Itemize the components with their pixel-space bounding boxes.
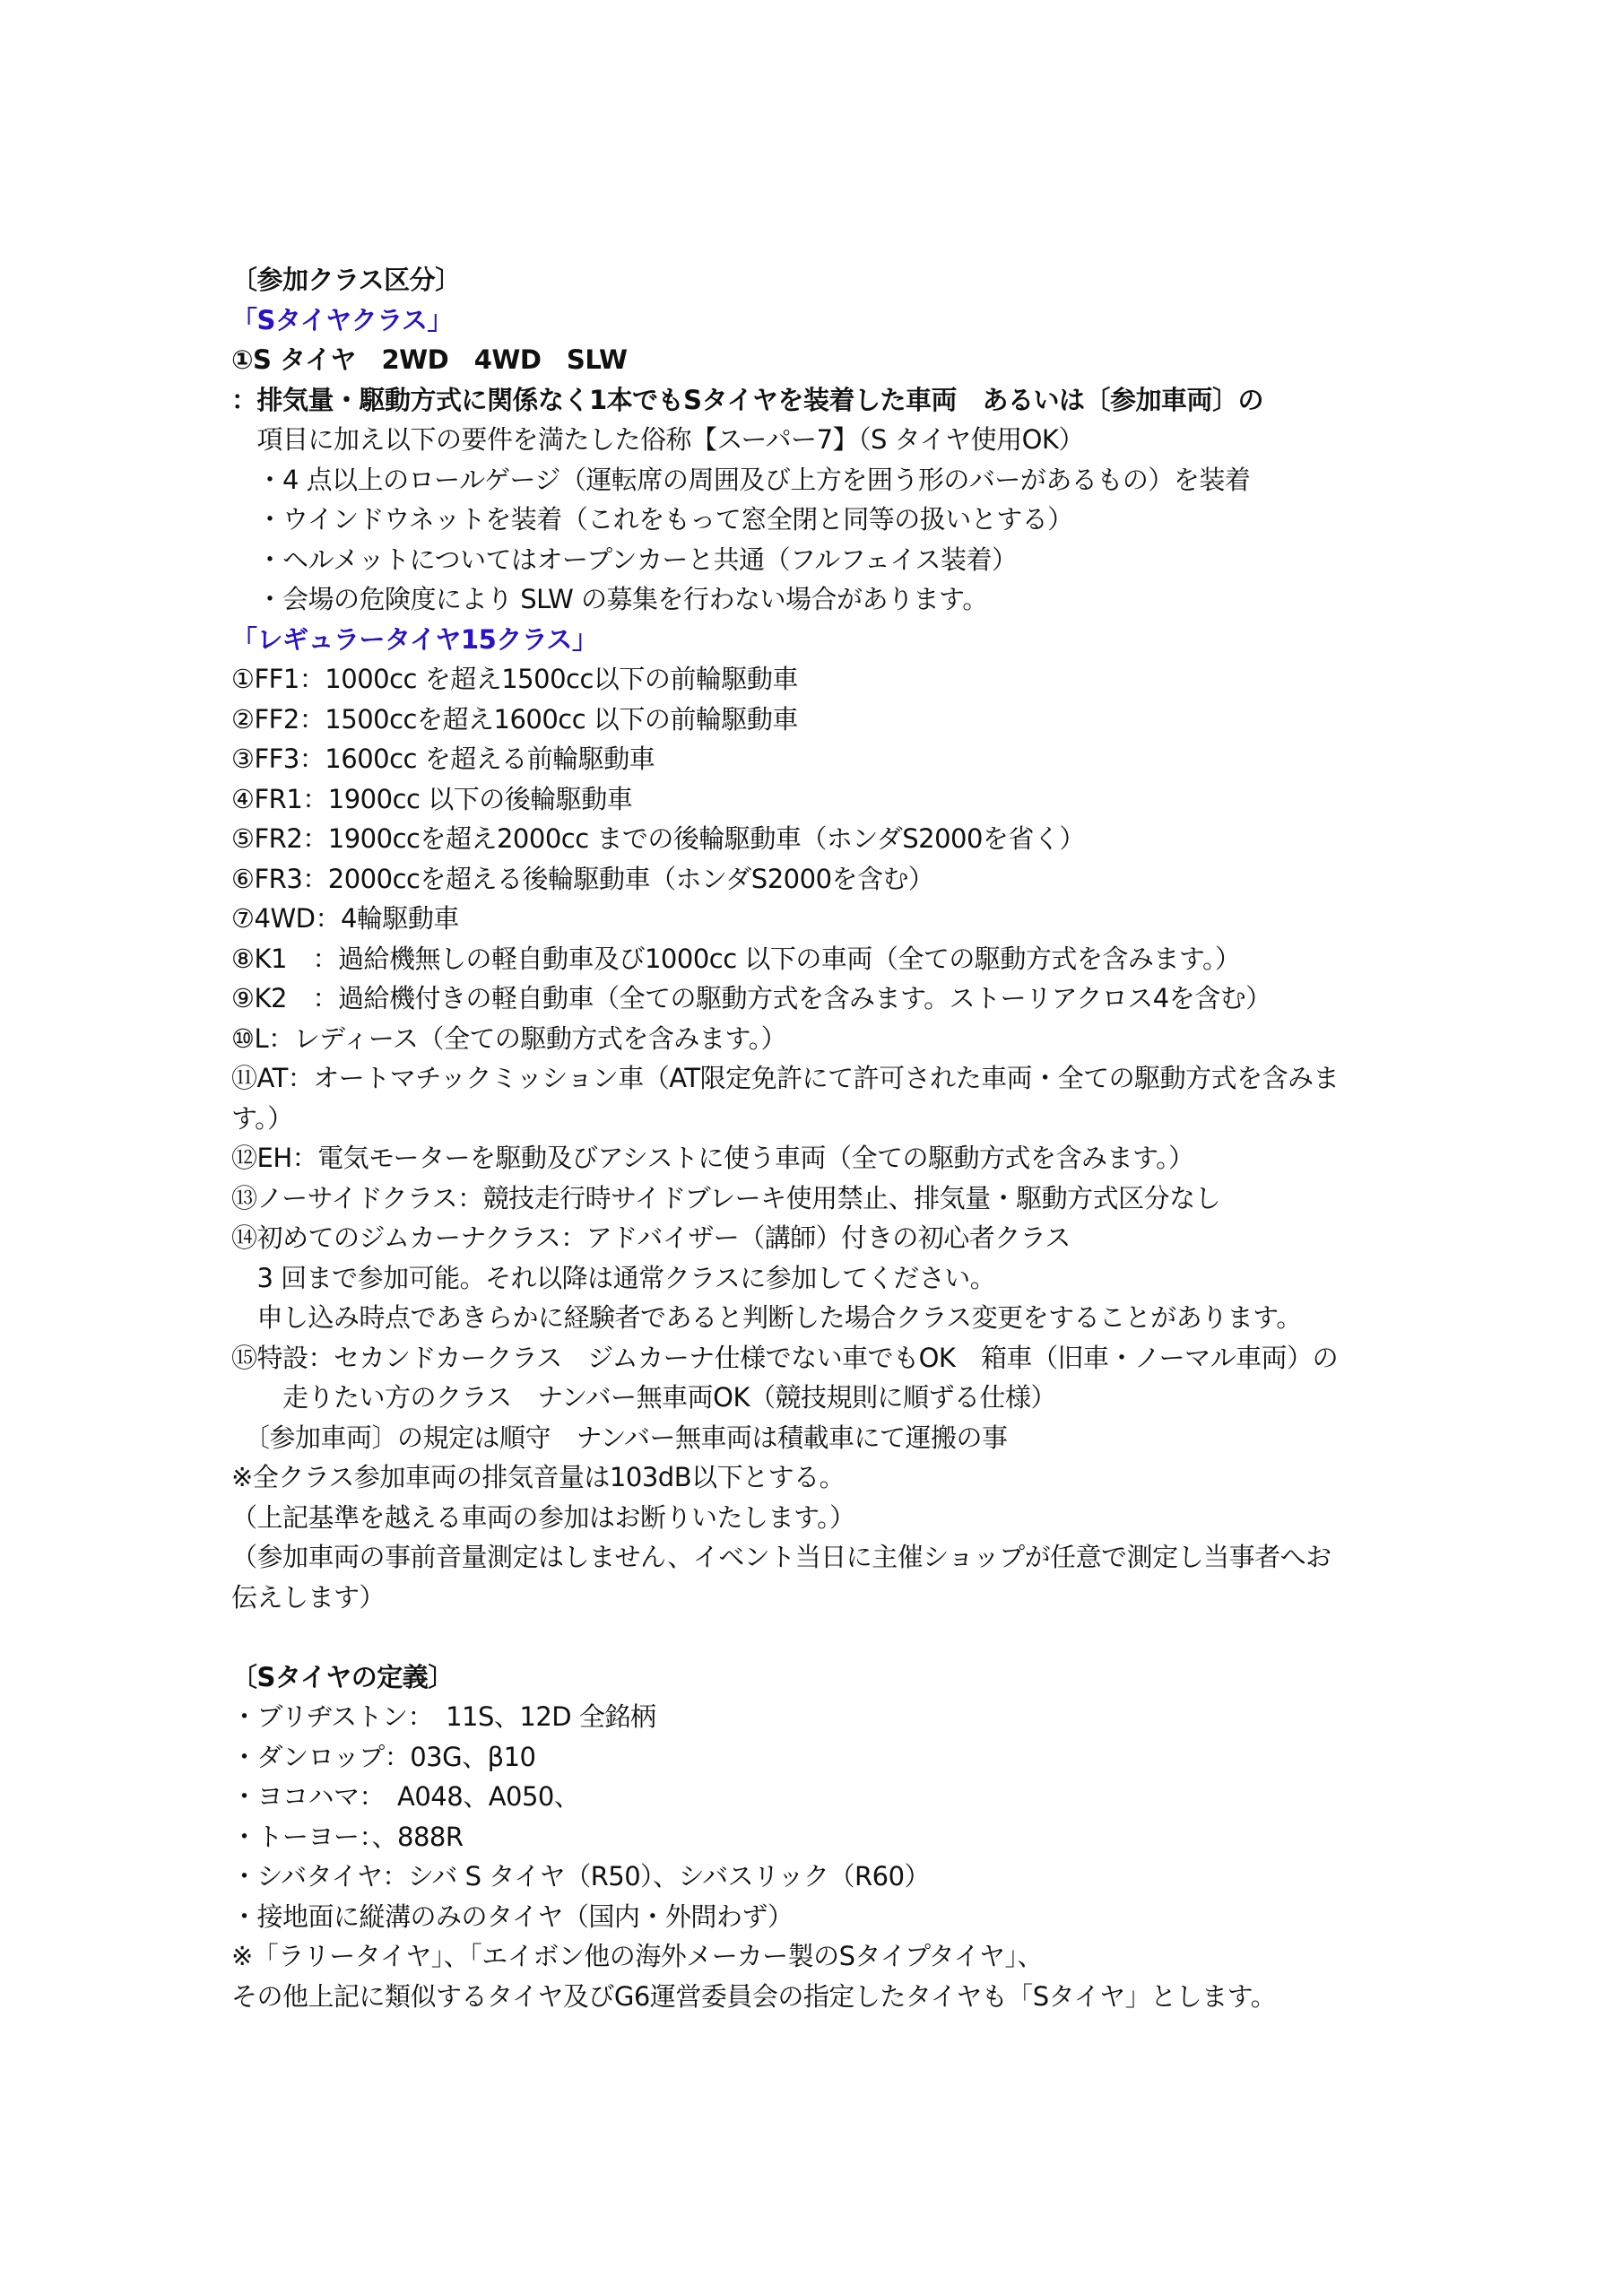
s-tire-class-line: 項目に加え以下の要件を満たした俗称【スーパー7】（S タイヤ使用OK） [231,420,1397,460]
s-tire-definition-line: その他上記に類似するタイヤ及びG6運営委員会の指定したタイヤも「Sタイヤ」としま… [231,1977,1397,2017]
s-tire-class-line: ：排気量・駆動方式に関係なく1本でもSタイヤを装着した車両 あるいは〔参加車両〕… [231,380,1397,421]
regular-class-item: ⑦4WD：4輪駆動車 [231,899,1397,939]
regular-class-item: ⑭初めてのジムカーナクラス：アドバイザー（講師）付きの初心者クラス [231,1218,1397,1258]
regular-class-item: ④FR1：1900cc 以下の後輪駆動車 [231,779,1397,820]
s-tire-definition-line: ・接地面に縦溝のみのタイヤ（国内・外問わず） [231,1897,1397,1937]
noise-rule-line: 伝えします） [231,1578,1397,1618]
section-heading-class-division: 〔参加クラス区分〕 [231,260,1397,300]
document-page: 〔参加クラス区分〕 「Sタイヤクラス」 ①S タイヤ 2WD 4WD SLW ：… [231,260,1397,2016]
regular-class-item: す。） [231,1099,1397,1139]
s-tire-class-line: ・ウインドウネットを装着（これをもって窓全閉と同等の扱いとする） [231,500,1397,540]
regular-class-item: ③FF3：1600cc を超える前輪駆動車 [231,739,1397,779]
s-tire-definition-line: ・ヨコハマ： A048、A050、 [231,1777,1397,1817]
noise-rule-line: ※全クラス参加車両の排気音量は103dB以下とする。 [231,1457,1397,1498]
regular-class-item: ②FF2：1500ccを超え1600cc 以下の前輪駆動車 [231,700,1397,740]
s-tire-definition-line: ※「ラリータイヤ」、「エイボン他の海外メーカー製のSタイプタイヤ」、 [231,1936,1397,1977]
regular-class-item: ⑧K1 ：過給機無しの軽自動車及び1000cc 以下の車両（全ての駆動方式を含み… [231,939,1397,979]
regular-class-item: 走りたい方のクラス ナンバー無車両OK（競技規則に順ずる仕様） [231,1378,1397,1418]
regular-tire-class-title: 「レギュラータイヤ15クラス」 [231,620,1397,660]
regular-class-item: ⑮特設：セカンドカークラス ジムカーナ仕様でない車でもOK 箱車（旧車・ノーマル… [231,1338,1397,1378]
s-tire-class-line: ・会場の危険度により SLW の募集を行わない場合があります。 [231,579,1397,620]
noise-rule-line: （上記基準を越える車両の参加はお断りいたします。） [231,1498,1397,1538]
s-tire-definition-line: ・ダンロップ：03G、β10 [231,1737,1397,1778]
regular-class-item: ⑪AT：オートマチックミッション車（AT限定免許にて許可された車両・全ての駆動方… [231,1058,1397,1099]
regular-class-item: ⑥FR3：2000ccを超える後輪駆動車（ホンダS2000を含む） [231,859,1397,900]
s-tire-class-line: ①S タイヤ 2WD 4WD SLW [231,340,1397,380]
regular-class-item: ①FF1：1000cc を超え1500cc以下の前輪駆動車 [231,659,1397,700]
s-tire-class-title: 「Sタイヤクラス」 [231,300,1397,341]
s-tire-definition-line: ・トーヨー：、888R [231,1817,1397,1857]
regular-class-item: ⑫EH：電気モーターを駆動及びアシストに使う車両（全ての駆動方式を含みます。） [231,1138,1397,1178]
s-tire-class-line: ・4 点以上のロールゲージ（運転席の周囲及び上方を囲う形のバーがあるもの）を装着 [231,460,1397,500]
s-tire-definition-title: 〔Sタイヤの定義〕 [231,1657,1397,1698]
noise-rule-line: （参加車両の事前音量測定はしません、イベント当日に主催ショップが任意で測定し当事… [231,1537,1397,1578]
s-tire-definition-line: ・シバタイヤ：シバ S タイヤ（R50）、シバスリック（R60） [231,1857,1397,1897]
regular-class-item: ⑨K2 ：過給機付きの軽自動車（全ての駆動方式を含みます。ストーリアクロス4を含… [231,978,1397,1019]
regular-class-item: ⑤FR2：1900ccを超え2000cc までの後輪駆動車（ホンダS2000を省… [231,819,1397,859]
s-tire-class-line: ・ヘルメットについてはオープンカーと共通（フルフェイス装着） [231,540,1397,580]
regular-class-item: ⑩L：レディース（全ての駆動方式を含みます。） [231,1019,1397,1059]
spacer [231,1617,1397,1657]
regular-class-item: 申し込み時点であきらかに経験者であると判断した場合クラス変更をすることがあります… [231,1298,1397,1338]
s-tire-definition-line: ・ブリヂストン： 11S、12D 全銘柄 [231,1697,1397,1737]
regular-class-item: ⑬ノーサイドクラス：競技走行時サイドブレーキ使用禁止、排気量・駆動方式区分なし [231,1178,1397,1219]
regular-class-item: 〔参加車両〕の規定は順守 ナンバー無車両は積載車にて運搬の事 [231,1418,1397,1458]
regular-class-item: 3 回まで参加可能。それ以降は通常クラスに参加してください。 [231,1258,1397,1299]
